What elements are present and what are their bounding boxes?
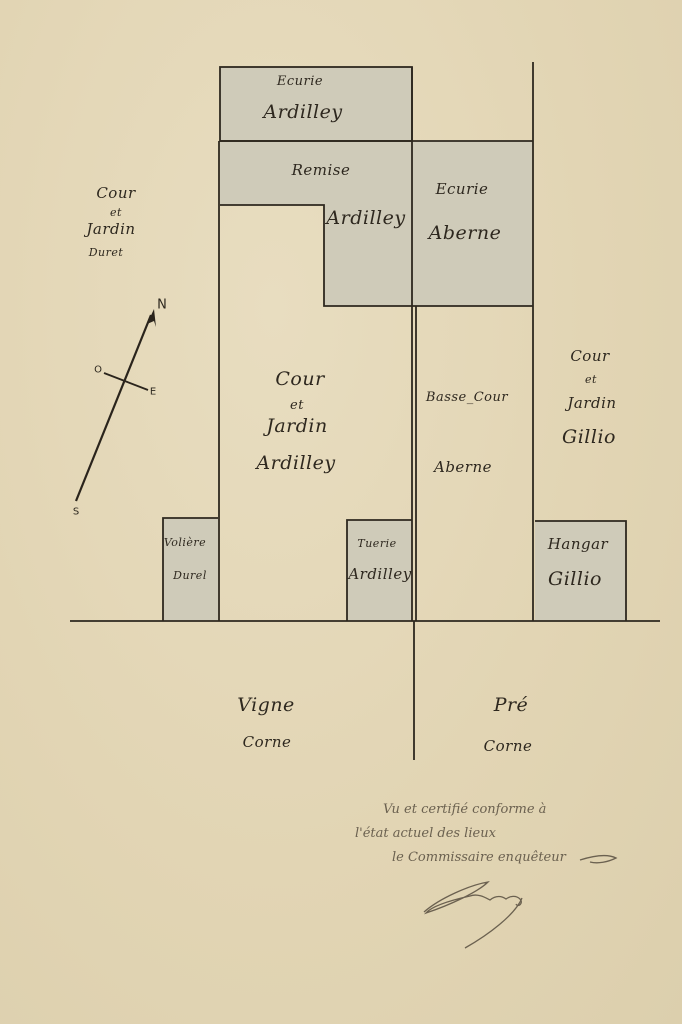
plot-label-basse-cour: Basse_Cour bbox=[426, 390, 508, 405]
building-label-voliere: Volière bbox=[164, 536, 206, 549]
plot-label-cour-ardilley: Cour bbox=[275, 368, 324, 390]
field-owner-corne-vigne: Corne bbox=[243, 733, 292, 751]
building-owner-durel: Durel bbox=[173, 569, 207, 582]
building-label-ecurie: Ecurie bbox=[277, 74, 323, 89]
plot-label-jardin: Jardin bbox=[86, 220, 135, 238]
building-label-remise: Remise bbox=[292, 161, 351, 179]
building-label-hangar: Hangar bbox=[548, 535, 608, 553]
building-label-tuerie: Tuerie bbox=[357, 537, 396, 550]
site-plan-drawing bbox=[0, 0, 682, 1024]
building-owner-ardilley: Ardilley bbox=[263, 101, 342, 123]
plot-label-jardin-ardilley: Jardin bbox=[266, 415, 328, 437]
compass-east-label: E bbox=[150, 387, 156, 398]
field-owner-corne-pre: Corne bbox=[484, 737, 533, 755]
plot-label-cour: Cour bbox=[96, 184, 135, 202]
building-owner-aberne: Aberne bbox=[429, 222, 502, 244]
plot-label-jardin-gillio: Jardin bbox=[567, 394, 616, 412]
plot-label-et: et bbox=[110, 206, 122, 219]
certification-line-2: l'état actuel des lieux bbox=[355, 826, 496, 841]
building-owner-ardilley-tuerie: Ardilley bbox=[348, 565, 411, 583]
plot-owner-gillio: Gillio bbox=[562, 426, 616, 448]
plot-label-cour-gillio: Cour bbox=[570, 347, 609, 365]
plot-label-et-ardilley: et bbox=[290, 398, 304, 413]
building-owner-gillio: Gillio bbox=[548, 568, 602, 590]
compass-south-label: S bbox=[73, 507, 79, 518]
field-label-vigne: Vigne bbox=[237, 694, 295, 716]
plan-sheet: Cour et Jardin Duret Ecurie Ardilley Rem… bbox=[0, 0, 682, 1024]
building-owner-ardilley-remise: Ardilley bbox=[326, 207, 405, 229]
certification-line-3: le Commissaire enquêteur bbox=[392, 850, 566, 865]
compass-rose bbox=[76, 309, 156, 501]
building-label-ecurie-aberne: Ecurie bbox=[436, 180, 489, 198]
compass-north-label: N bbox=[157, 298, 167, 313]
plot-owner-aberne: Aberne bbox=[434, 458, 492, 476]
plot-label-et-gillio: et bbox=[585, 373, 597, 386]
field-label-pre: Pré bbox=[494, 694, 529, 716]
plot-owner-duret: Duret bbox=[89, 246, 124, 259]
plot-owner-ardilley: Ardilley bbox=[256, 452, 335, 474]
certification-line-1: Vu et certifié conforme à bbox=[383, 802, 546, 817]
compass-west-label: O bbox=[94, 365, 102, 376]
